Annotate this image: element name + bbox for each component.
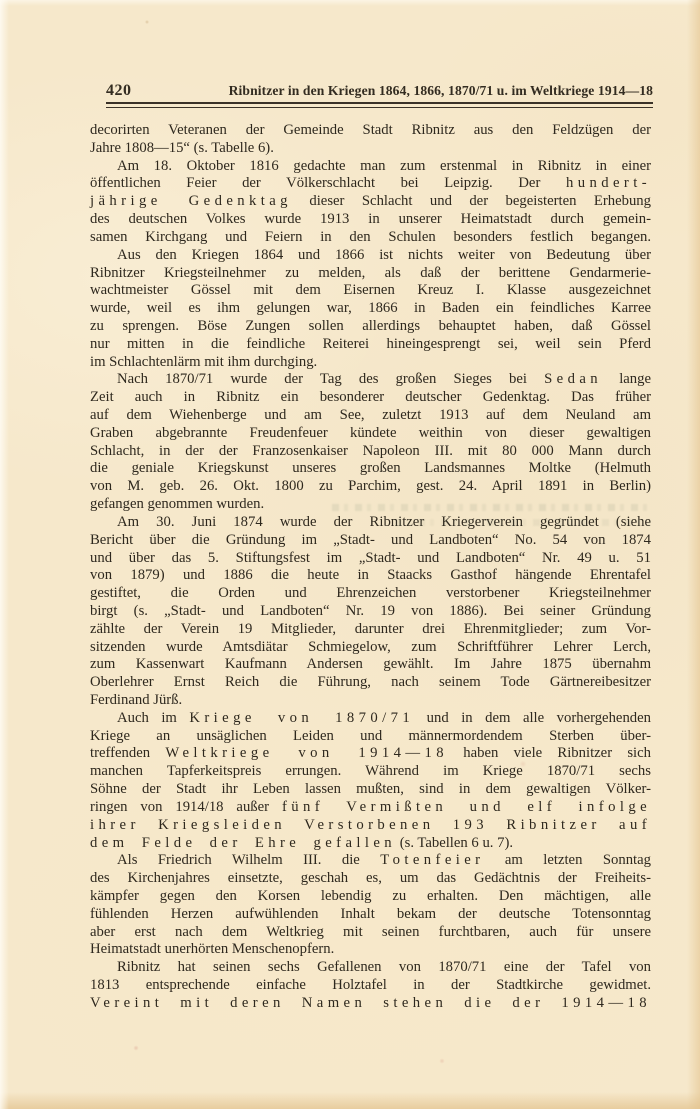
text-line: Als Friedrich Wilhelm III. die Totenfeie… bbox=[90, 852, 651, 870]
text-line: ihrer Kriegsleiden Verstorbenen 193 Ribn… bbox=[90, 817, 651, 835]
text-line: des deutschen Volkes wurde 1913 in unser… bbox=[90, 211, 651, 229]
text-line: und über das 5. Stiftungsfest im „Stadt-… bbox=[90, 550, 651, 568]
text-line: dem Felde der Ehre gefallen (s. Tabellen… bbox=[90, 835, 651, 853]
scanned-book-page: 420 Ribnitzer in den Kriegen 1864, 1866,… bbox=[0, 0, 700, 1109]
text-line: zu sprengen. Böse Zungen sollen allerdin… bbox=[90, 318, 651, 336]
text-line: decorirten Veteranen der Gemeinde Stadt … bbox=[90, 122, 651, 140]
text-line: Graben abgebrannte Freudenfeuer kündete … bbox=[90, 425, 651, 443]
text-line: Oberlehrer Ernst Reich die Führung, nach… bbox=[90, 674, 651, 692]
text-line: treffenden Weltkriege von 1914—18 haben … bbox=[90, 745, 651, 763]
text-line: gefangen genommen wurden. bbox=[90, 496, 651, 514]
text-line: Am 30. Juni 1874 wurde der Ribnitzer Kri… bbox=[90, 514, 651, 532]
text-line: Am 18. Oktober 1816 gedachte man zum ers… bbox=[90, 158, 651, 176]
text-line: fühlenden Herzen aufwühlenden Inhalt bek… bbox=[90, 906, 651, 924]
text-line: Heimatstadt unerhörten Menschenopfern. bbox=[90, 941, 651, 959]
text-line: manchen Tapferkeitspreis errungen. Währe… bbox=[90, 763, 651, 781]
text-line: nur mitten in die feindliche Reiterei hi… bbox=[90, 336, 651, 354]
text-line: Schlacht, in der der Franzosenkaiser Nap… bbox=[90, 443, 651, 461]
text-line: von 1879) und 1886 die heute in Staacks … bbox=[90, 567, 651, 585]
text-line: des Kirchenjahres einsetzte, geschah es,… bbox=[90, 870, 651, 888]
text-line: aber erst nach dem Weltkrieg mit seinen … bbox=[90, 924, 651, 942]
text-line: gestiftet, die Orden und Ehrenzeichen ve… bbox=[90, 585, 651, 603]
paragraph: decorirten Veteranen der Gemeinde Stadt … bbox=[90, 122, 651, 158]
text-line: sitzenden wurde Amtsdiätar Schmiegelow, … bbox=[90, 639, 651, 657]
text-line: von M. geb. 26. Okt. 1800 zu Parchim, ge… bbox=[90, 478, 651, 496]
page-header: 420 Ribnitzer in den Kriegen 1864, 1866,… bbox=[106, 82, 653, 100]
text-line: Ribnitz hat seinen sechs Gefallenen von … bbox=[90, 959, 651, 977]
paragraph: Am 30. Juni 1874 wurde der Ribnitzer Kri… bbox=[90, 514, 651, 710]
text-line: Bericht über die Gründung im „Stadt- und… bbox=[90, 532, 651, 550]
text-line: samen Kirchgang und Feiern in den Schule… bbox=[90, 229, 651, 247]
page-body: decorirten Veteranen der Gemeinde Stadt … bbox=[90, 122, 651, 1013]
text-line: 1813 entsprechende einfache Holztafel in… bbox=[90, 977, 651, 995]
text-line: Jahre 1808—15“ (s. Tabelle 6). bbox=[90, 140, 651, 158]
paragraph: Ribnitz hat seinen sechs Gefallenen von … bbox=[90, 959, 651, 1012]
text-line: wachtmeister Gössel mit dem Eisernen Kre… bbox=[90, 282, 651, 300]
text-line: wurde, weil es ihm gelungen war, 1866 in… bbox=[90, 300, 651, 318]
text-line: Kriege an unsäglichen Leiden und männerm… bbox=[90, 728, 651, 746]
text-line: Söhne der Stadt ihr Leben lassen mußten,… bbox=[90, 781, 651, 799]
paragraph: Auch im Kriege von 1870/71 und in dem al… bbox=[90, 710, 651, 853]
paragraph: Nach 1870/71 wurde der Tag des großen Si… bbox=[90, 371, 651, 514]
text-line: ringen von 1914/18 außer fünf Vermißten … bbox=[90, 799, 651, 817]
text-line: auf dem Wiehenberge und am See, zuletzt … bbox=[90, 407, 651, 425]
text-line: Aus den Kriegen 1864 und 1866 ist nichts… bbox=[90, 247, 651, 265]
text-line: jährige Gedenktag dieser Schlacht und de… bbox=[90, 193, 651, 211]
text-line: im Schlachtenlärm mit ihm durchging. bbox=[90, 354, 651, 372]
text-line: Ribnitzer Kriegsteilnehmer zu melden, al… bbox=[90, 265, 651, 283]
paragraph: Am 18. Oktober 1816 gedachte man zum ers… bbox=[90, 158, 651, 247]
text-line: kämpfer gegen den Korsen lebendig zu erh… bbox=[90, 888, 651, 906]
text-line: öffentlichen Feier der Völkerschlacht be… bbox=[90, 175, 651, 193]
text-line: Auch im Kriege von 1870/71 und in dem al… bbox=[90, 710, 651, 728]
text-line: zählte der Verein 19 Mitglieder, darunte… bbox=[90, 621, 651, 639]
text-line: Zeit auch in Ribnitz ein besonderer deut… bbox=[90, 389, 651, 407]
paragraph: Aus den Kriegen 1864 und 1866 ist nichts… bbox=[90, 247, 651, 372]
text-line: Vereint mit deren Namen stehen die der 1… bbox=[90, 995, 651, 1013]
page-number: 420 bbox=[106, 82, 132, 100]
text-line: die geniale Kriegskunst unseres großen L… bbox=[90, 460, 651, 478]
text-line: zum Kassenwart Kaufmann Andersen gewählt… bbox=[90, 656, 651, 674]
paragraph: Als Friedrich Wilhelm III. die Totenfeie… bbox=[90, 852, 651, 959]
running-title: Ribnitzer in den Kriegen 1864, 1866, 187… bbox=[229, 83, 653, 99]
header-divider bbox=[106, 102, 653, 108]
text-line: birgt (s. „Stadt- und Landboten“ Nr. 19 … bbox=[90, 603, 651, 621]
text-line: Ferdinand Jürß. bbox=[90, 692, 651, 710]
text-line: Nach 1870/71 wurde der Tag des großen Si… bbox=[90, 371, 651, 389]
